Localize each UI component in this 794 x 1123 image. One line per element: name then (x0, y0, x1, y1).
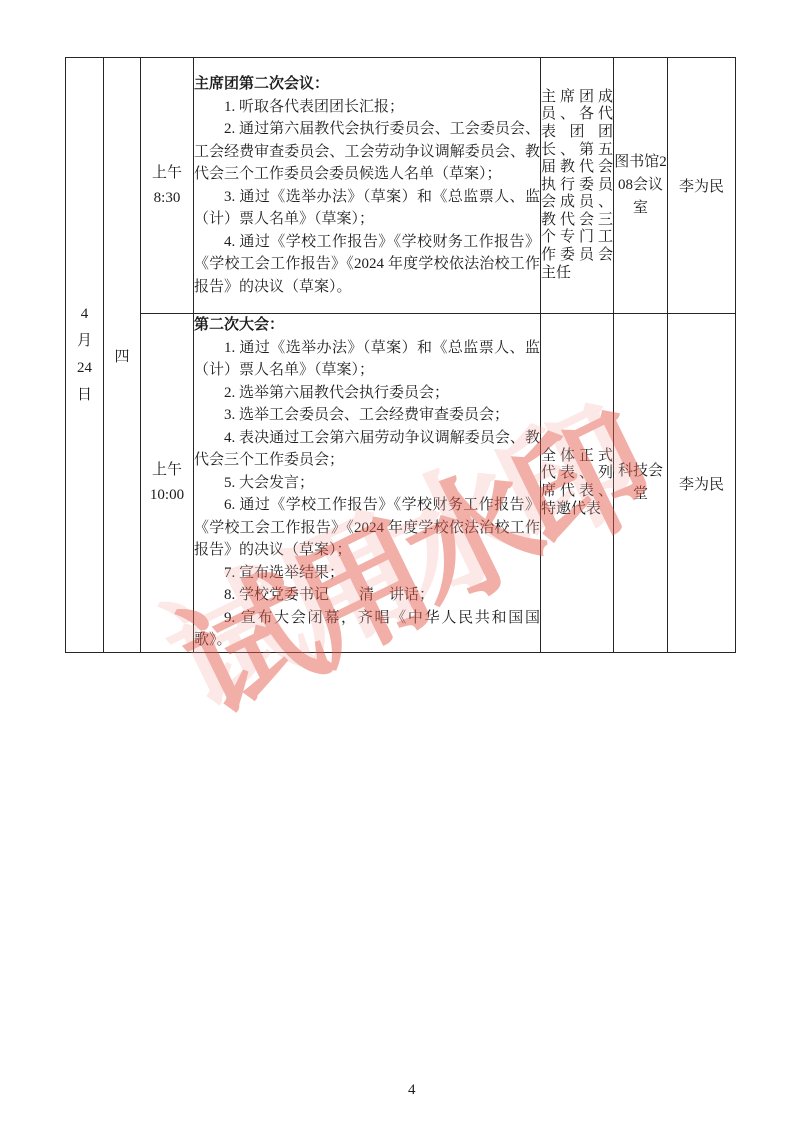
weekday-label: 四 (114, 349, 129, 365)
agenda-cell-session-1: 主席团第二次会议： 1. 听取各代表团团长汇报； 2. 通过第六届教代会执行委员… (194, 58, 541, 314)
attendees-text: 主席团成员、各代表团团长、第五届教代会执行委员会成员、教代会三个专门工作委员会主… (541, 89, 613, 281)
time-clock: 10:00 (141, 483, 193, 508)
document-page: 4 月 24 日 四 上午 8:30 主席团第二次会议： 1. 听取各代表团团长… (0, 0, 794, 1123)
host-name: 李为民 (679, 477, 724, 493)
table-row: 4 月 24 日 四 上午 8:30 主席团第二次会议： 1. 听取各代表团团长… (66, 58, 736, 314)
agenda-item: 8. 学校党委书记 清 讲话； (194, 584, 540, 607)
session-title: 第二次大会： (194, 314, 540, 337)
time-cell-session-1: 上午 8:30 (141, 58, 194, 314)
location-cell-session-2: 科技会堂 (614, 314, 668, 653)
date-line: 月 (66, 328, 103, 355)
page-number: 4 (408, 1081, 416, 1099)
agenda-item: 4. 通过《学校工作报告》《学校财务工作报告》《学校工会工作报告》《2024 年… (194, 231, 540, 299)
agenda-item: 1. 听取各代表团团长汇报； (194, 96, 540, 119)
weekday-cell: 四 (104, 58, 141, 653)
time-period: 上午 (141, 161, 193, 186)
meeting-schedule-table: 4 月 24 日 四 上午 8:30 主席团第二次会议： 1. 听取各代表团团长… (65, 57, 736, 653)
host-cell-session-2: 李为民 (668, 314, 736, 653)
date-line: 日 (66, 382, 103, 409)
attendees-text: 全体正式代表、列席代表、特邀代表 (541, 448, 613, 517)
host-cell-session-1: 李为民 (668, 58, 736, 314)
host-name: 李为民 (679, 179, 724, 195)
agenda-item: 9. 宣布大会闭幕，齐唱《中华人民共和国国歌》。 (194, 607, 540, 652)
attendees-cell-session-1: 主席团成员、各代表团团长、第五届教代会执行委员会成员、教代会三个专门工作委员会主… (541, 58, 614, 314)
agenda-item: 2. 通过第六届教代会执行委员会、工会委员会、工会经费审查委员会、工会劳动争议调… (194, 118, 540, 186)
agenda-item: 4. 表决通过工会第六届劳动争议调解委员会、教代会三个工作委员会； (194, 427, 540, 472)
date-cell: 4 月 24 日 (66, 58, 104, 653)
time-cell-session-2: 上午 10:00 (141, 314, 194, 653)
agenda-cell-session-2: 第二次大会： 1. 通过《选举办法》（草案）和《总监票人、监（计）票人名单》（草… (194, 314, 541, 653)
agenda-item: 7. 宣布选举结果； (194, 562, 540, 585)
time-period: 上午 (141, 458, 193, 483)
location-cell-session-1: 图书馆208会议室 (614, 58, 668, 314)
date-line: 24 (66, 355, 103, 382)
agenda-item: 2. 选举第六届教代会执行委员会； (194, 382, 540, 405)
agenda-item: 6. 通过《学校工作报告》《学校财务工作报告》《学校工会工作报告》《2024 年… (194, 494, 540, 562)
agenda-item: 5. 大会发言； (194, 472, 540, 495)
attendees-cell-session-2: 全体正式代表、列席代表、特邀代表 (541, 314, 614, 653)
table-row: 上午 10:00 第二次大会： 1. 通过《选举办法》（草案）和《总监票人、监（… (66, 314, 736, 653)
location-text: 图书馆208会议室 (614, 154, 667, 216)
time-clock: 8:30 (141, 186, 193, 211)
session-title: 主席团第二次会议： (194, 73, 540, 96)
agenda-item: 1. 通过《选举办法》（草案）和《总监票人、监（计）票人名单》（草案）； (194, 337, 540, 382)
date-line: 4 (66, 301, 103, 328)
agenda-item: 3. 通过《选举办法》（草案）和《总监票人、监（计）票人名单》（草案）； (194, 186, 540, 231)
agenda-item: 3. 选举工会委员会、工会经费审查委员会； (194, 404, 540, 427)
location-text: 科技会堂 (618, 463, 663, 502)
